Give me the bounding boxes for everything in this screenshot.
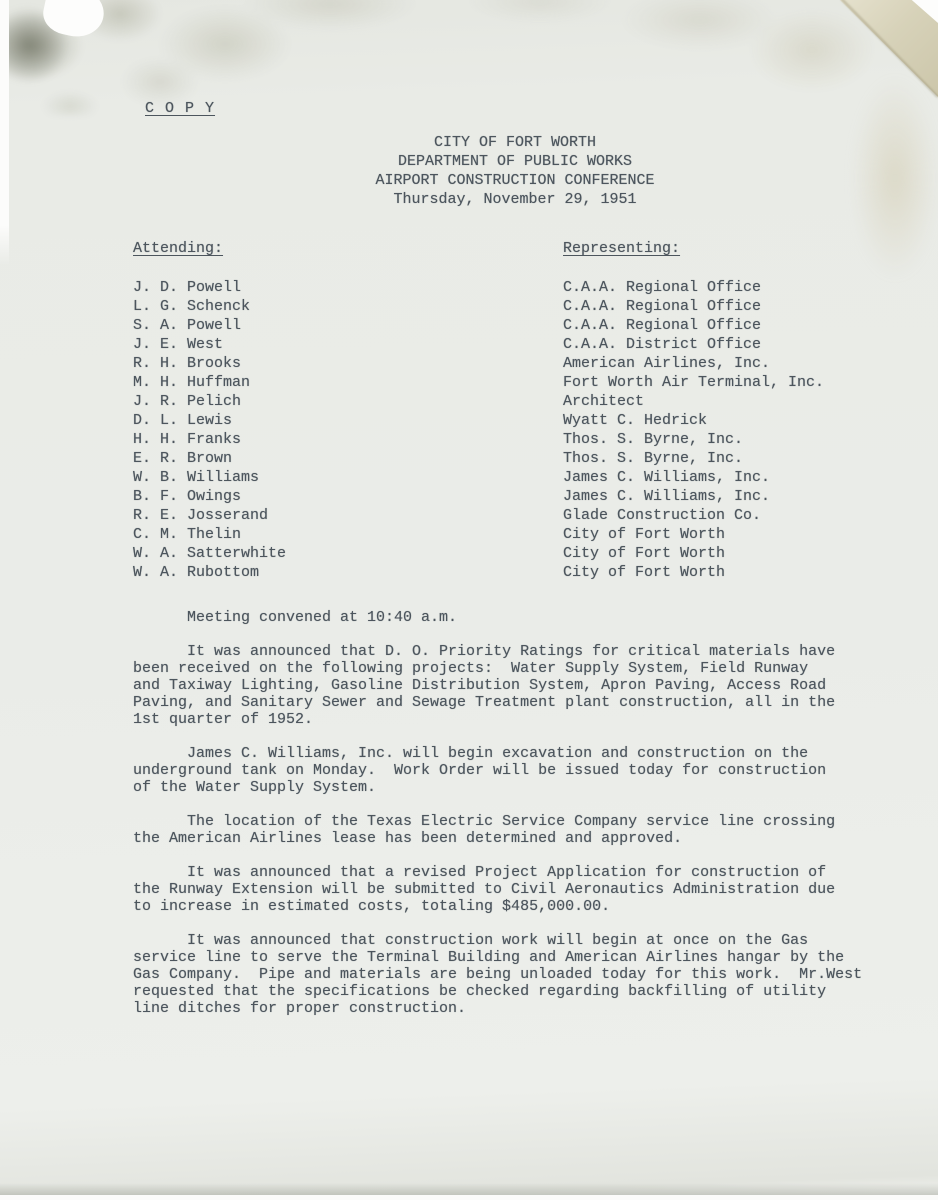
attendee-organization: City of Fort Worth <box>563 525 725 544</box>
header-line: Thursday, November 29, 1951 <box>370 190 660 209</box>
attendee-name: W. A. Rubottom <box>133 563 563 582</box>
attendance-row: W. B. Williams James C. Williams, Inc. <box>133 468 824 487</box>
attendee-name: W. A. Satterwhite <box>133 544 563 563</box>
attendee-organization: Thos. S. Byrne, Inc. <box>563 430 743 449</box>
attendee-name: C. M. Thelin <box>133 525 563 544</box>
header-line: DEPARTMENT OF PUBLIC WORKS <box>370 152 660 171</box>
document-header: CITY OF FORT WORTH DEPARTMENT OF PUBLIC … <box>370 133 660 209</box>
copy-stamp: C O P Y <box>145 100 215 117</box>
body-paragraph: It was announced that construction work … <box>133 932 903 1017</box>
body-paragraph: Meeting convened at 10:40 a.m. <box>133 609 903 626</box>
attendee-organization: Wyatt C. Hedrick <box>563 411 707 430</box>
attendee-organization: C.A.A. Regional Office <box>563 316 761 335</box>
header-line: CITY OF FORT WORTH <box>370 133 660 152</box>
attendee-name: S. A. Powell <box>133 316 563 335</box>
attendee-name: W. B. Williams <box>133 468 563 487</box>
attendance-row: W. A. Rubottom City of Fort Worth <box>133 563 824 582</box>
attendance-row: C. M. Thelin City of Fort Worth <box>133 525 824 544</box>
attending-heading: Attending: <box>133 240 223 257</box>
attendee-organization: American Airlines, Inc. <box>563 354 770 373</box>
header-line: AIRPORT CONSTRUCTION CONFERENCE <box>370 171 660 190</box>
attendee-organization: C.A.A. Regional Office <box>563 278 761 297</box>
attendee-name: M. H. Huffman <box>133 373 563 392</box>
body-paragraph: It was announced that a revised Project … <box>133 864 903 915</box>
attendee-organization: Architect <box>563 392 644 411</box>
attendee-name: R. E. Josserand <box>133 506 563 525</box>
attendee-name: L. G. Schenck <box>133 297 563 316</box>
attendee-organization: James C. Williams, Inc. <box>563 468 770 487</box>
representing-heading: Representing: <box>563 240 680 257</box>
attendee-organization: City of Fort Worth <box>563 563 725 582</box>
attendance-row: J. E. West C.A.A. District Office <box>133 335 824 354</box>
attendance-row: R. H. Brooks American Airlines, Inc. <box>133 354 824 373</box>
attendee-name: J. E. West <box>133 335 563 354</box>
attendee-organization: Fort Worth Air Terminal, Inc. <box>563 373 824 392</box>
attendee-name: D. L. Lewis <box>133 411 563 430</box>
attendee-organization: Thos. S. Byrne, Inc. <box>563 449 743 468</box>
attendance-row: E. R. Brown Thos. S. Byrne, Inc. <box>133 449 824 468</box>
attendee-organization: James C. Williams, Inc. <box>563 487 770 506</box>
body-paragraph: It was announced that D. O. Priority Rat… <box>133 643 903 728</box>
attendee-organization: Glade Construction Co. <box>563 506 761 525</box>
attendance-row: J. D. Powell C.A.A. Regional Office <box>133 278 824 297</box>
attendance-row: H. H. Franks Thos. S. Byrne, Inc. <box>133 430 824 449</box>
attendee-name: H. H. Franks <box>133 430 563 449</box>
attendance-row: D. L. Lewis Wyatt C. Hedrick <box>133 411 824 430</box>
attendance-row: S. A. Powell C.A.A. Regional Office <box>133 316 824 335</box>
attendance-table: J. D. Powell C.A.A. Regional Office L. G… <box>133 278 824 582</box>
body-paragraph: James C. Williams, Inc. will begin excav… <box>133 745 903 796</box>
body-paragraph: The location of the Texas Electric Servi… <box>133 813 903 847</box>
attendance-row: J. R. Pelich Architect <box>133 392 824 411</box>
attendance-row: L. G. Schenck C.A.A. Regional Office <box>133 297 824 316</box>
attendee-organization: City of Fort Worth <box>563 544 725 563</box>
document-body: Meeting convened at 10:40 a.m. It was an… <box>133 609 903 1034</box>
attendee-name: E. R. Brown <box>133 449 563 468</box>
attendee-organization: C.A.A. Regional Office <box>563 297 761 316</box>
attendee-name: R. H. Brooks <box>133 354 563 373</box>
attendee-name: J. R. Pelich <box>133 392 563 411</box>
attendee-organization: C.A.A. District Office <box>563 335 761 354</box>
attendance-row: R. E. Josserand Glade Construction Co. <box>133 506 824 525</box>
attendance-row: W. A. Satterwhite City of Fort Worth <box>133 544 824 563</box>
document-scan: C O P Y CITY OF FORT WORTH DEPARTMENT OF… <box>0 0 938 1200</box>
attendance-row: M. H. Huffman Fort Worth Air Terminal, I… <box>133 373 824 392</box>
attendee-name: B. F. Owings <box>133 487 563 506</box>
attendance-row: B. F. Owings James C. Williams, Inc. <box>133 487 824 506</box>
attendee-name: J. D. Powell <box>133 278 563 297</box>
